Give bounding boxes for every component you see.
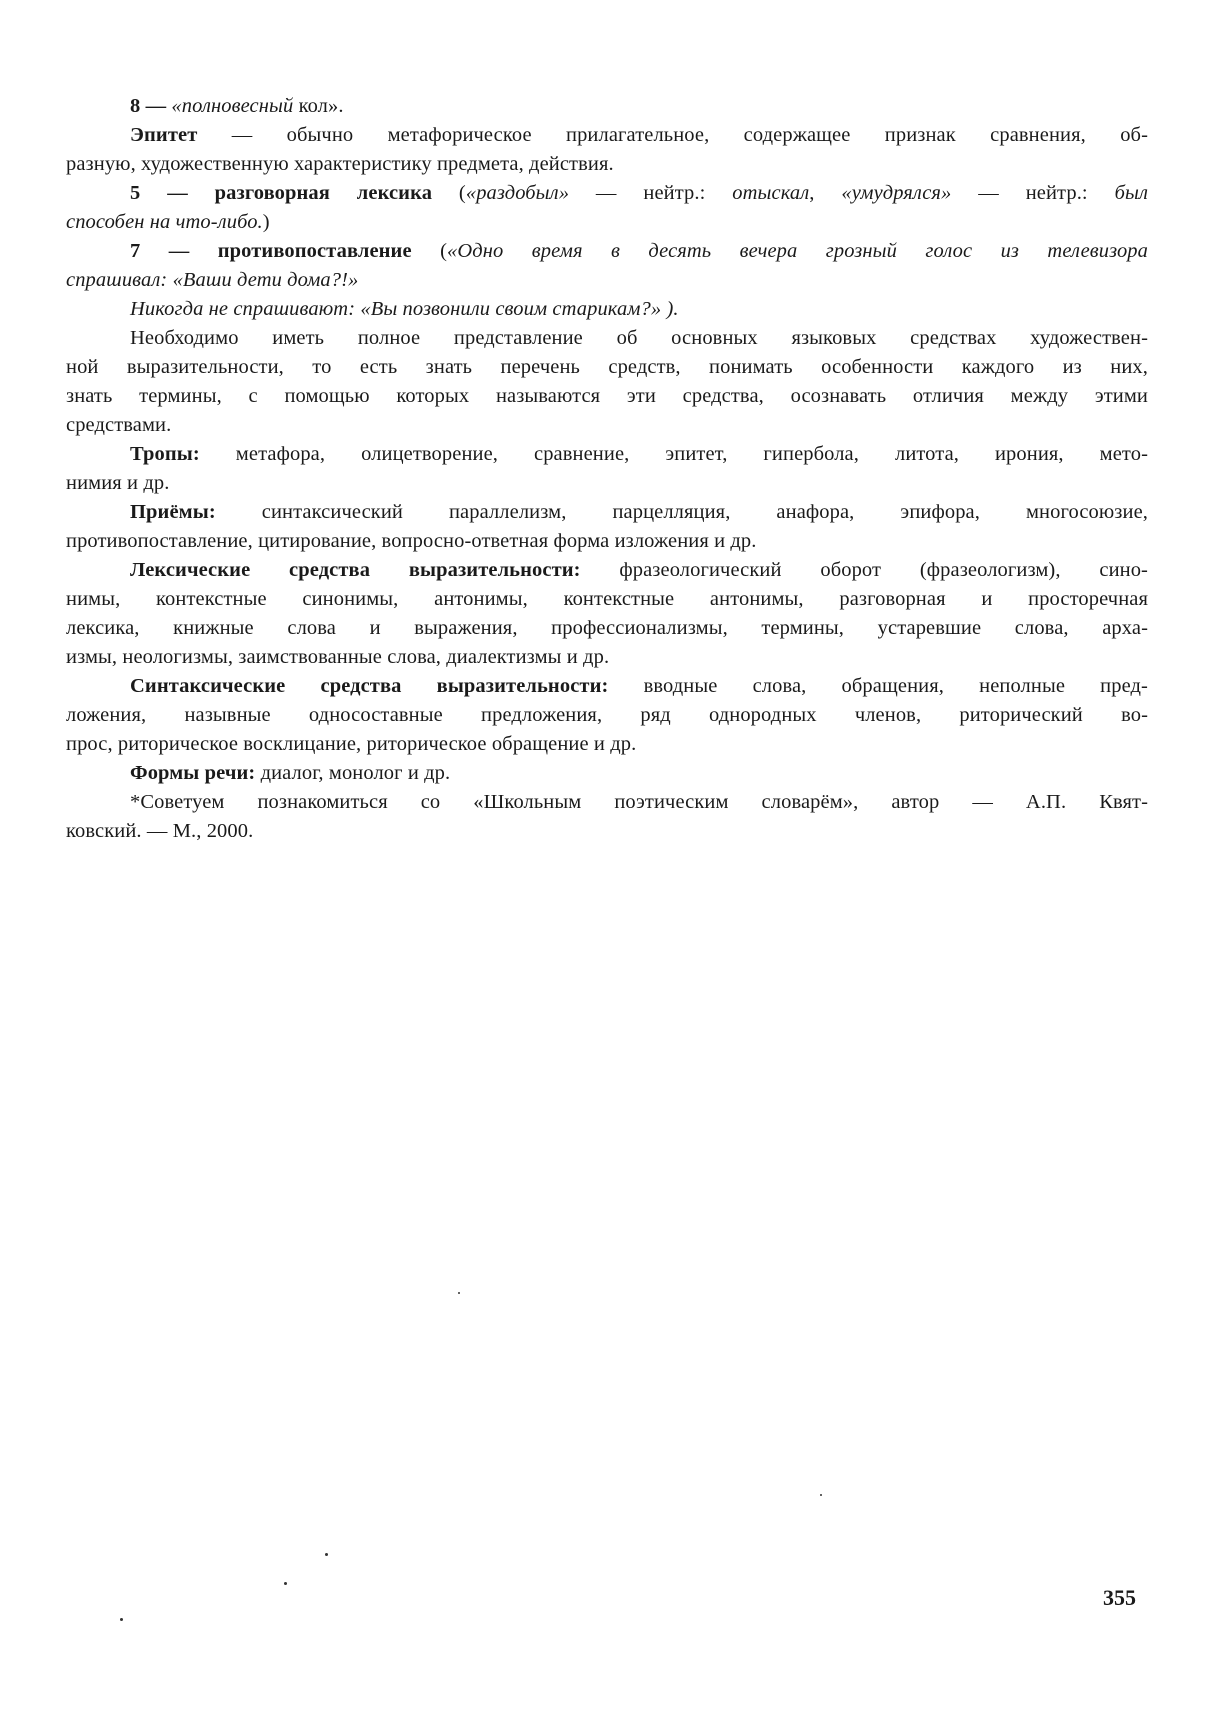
text-line: ложения, назывные односоставные предложе… [66,701,1148,730]
footnote-line: ковский. — М., 2000. [66,817,1148,846]
text-line: Приёмы: синтаксический параллелизм, парц… [130,498,1148,527]
scan-speck [120,1618,123,1621]
term-heading: Формы речи: [130,762,255,784]
text-line: Необходимо иметь полное представление об… [130,324,1148,353]
text-line: разную, художественную характеристику пр… [66,150,1148,179]
scan-speck [458,1292,460,1294]
page-number: 355 [1103,1585,1136,1611]
text-line: способен на что-либо.) [66,208,1148,237]
item-number: 8 — [130,95,171,117]
text-line: Формы речи: диалог, монолог и др. [130,759,1148,788]
term-heading: Тропы: [130,443,200,465]
text-line: Лексические средства выразительности: фр… [130,556,1148,585]
text-line: спрашивал: «Ваши дети дома?!» [66,266,1148,295]
text-line: 5 — разговорная лексика («раздобыл» — не… [130,179,1148,208]
text-line: измы, неологизмы, заимствованные слова, … [66,643,1148,672]
item-heading: 7 — противопоставление [130,240,412,262]
text-line: нимия и др. [66,469,1148,498]
term-heading: Лексические средства выразительности: [130,559,581,581]
scan-speck [820,1494,822,1496]
footnote-line: *Советуем познакомиться со «Школьным поэ… [130,788,1148,817]
text-line: Никогда не спрашивают: «Вы позвонили сво… [130,295,1148,324]
text-line: средствами. [66,411,1148,440]
item-heading: 5 — разговорная лексика [130,182,432,204]
term-heading: Эпитет [130,124,197,146]
text-line: знать термины, с помощью которых называю… [66,382,1148,411]
text-line: противопоставление, цитирование, вопросн… [66,527,1148,556]
text-line: прос, риторическое восклицание, риториче… [66,730,1148,759]
text-line: Эпитет — обычно метафорическое прилагате… [130,121,1148,150]
text-line: нимы, контекстные синонимы, антонимы, ко… [66,585,1148,614]
scan-speck [325,1553,328,1556]
text-line: лексика, книжные слова и выражения, проф… [66,614,1148,643]
term-heading: Синтаксические средства выразительности: [130,675,608,697]
text-line: 7 — противопоставление («Одно время в де… [130,237,1148,266]
scan-speck [284,1582,287,1585]
term-heading: Приёмы: [130,501,216,523]
text-line: 8 — «полновесный кол». [130,92,1148,121]
quote: «полновесный [171,95,293,117]
text-line: Синтаксические средства выразительности:… [130,672,1148,701]
text-line: ной выразительности, то есть знать переч… [66,353,1148,382]
text-line: Тропы: метафора, олицетворение, сравнени… [130,440,1148,469]
